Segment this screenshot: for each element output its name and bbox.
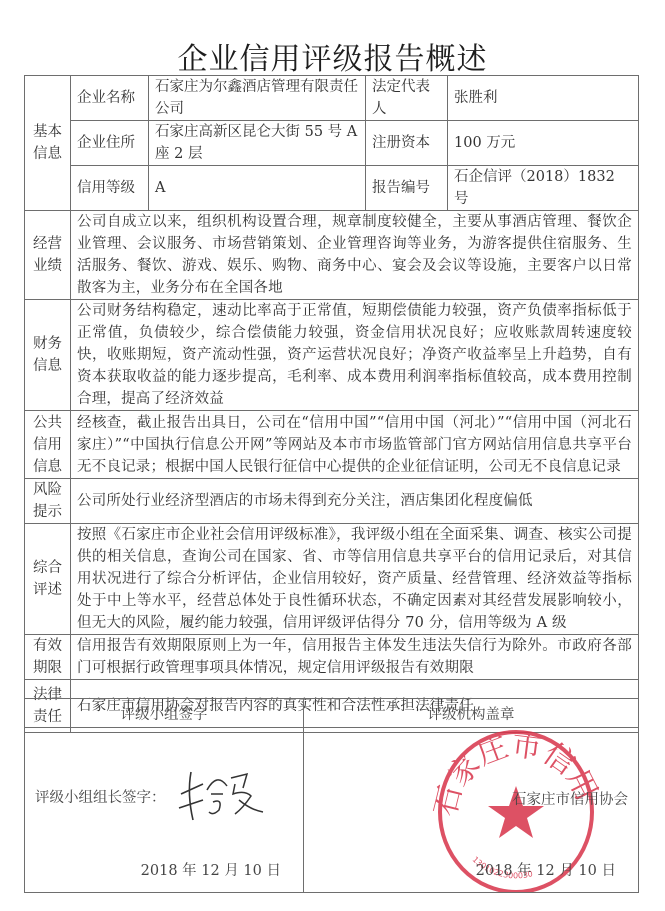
basic-info-label: 基本信息 (25, 76, 71, 211)
agency-seal-date: 2018 年 12 月 10 日 (476, 859, 616, 880)
report-no-label: 报告编号 (366, 166, 448, 211)
reg-capital-value: 100 万元 (448, 121, 639, 166)
team-sign-date: 2018 年 12 月 10 日 (141, 859, 281, 880)
section-text: 经核查，截止报告出具日，公司在“信用中国”“信用中国（河北）”“信用中国（河北石… (71, 411, 639, 479)
section-label: 公共信用信息 (25, 411, 71, 479)
team-signature-cell: 评级小组组长签字： 2018 年 12 月 10 日 (25, 728, 304, 893)
company-name-label: 企业名称 (71, 76, 149, 121)
leader-signature-label: 评级小组组长签字： (35, 786, 166, 807)
address-label: 企业住所 (71, 121, 149, 166)
section-text: 信用报告有效期限原则上为一年，信用报告主体发生违法失信行为除外。市政府各部门可根… (71, 635, 639, 680)
section-text: 按照《石家庄市企业社会信用评级标准》，我评级小组在全面采集、调查、核实公司提供的… (71, 524, 639, 635)
signature-table: 评级小组签字 评级机构盖章 评级小组组长签字： 2018 年 12 月 10 日… (24, 698, 639, 893)
row-credit-grade: 信用等级 A 报告编号 石企信评（2018）1832 号 (25, 166, 639, 211)
section-label: 经营业绩 (25, 211, 71, 300)
address-value: 石家庄高新区昆仑大街 55 号 A 座 2 层 (149, 121, 366, 166)
row-company-name: 基本信息 企业名称 石家庄为尔鑫酒店管理有限责任公司 法定代表人 张胜利 (25, 76, 639, 121)
report-table: 基本信息 企业名称 石家庄为尔鑫酒店管理有限责任公司 法定代表人 张胜利 企业住… (24, 75, 639, 733)
team-signature-header: 评级小组签字 (25, 699, 304, 728)
reg-capital-label: 注册资本 (366, 121, 448, 166)
section-financial-info: 财务信息 公司财务结构稳定，速动比率高于正常值，短期偿债能力较强，资产负债率指标… (25, 300, 639, 411)
report-no-value: 石企信评（2018）1832 号 (448, 166, 639, 211)
section-text: 公司财务结构稳定，速动比率高于正常值，短期偿债能力较强，资产负债率指标低于正常值… (71, 300, 639, 411)
section-public-credit-info: 公共信用信息 经核查，截止报告出具日，公司在“信用中国”“信用中国（河北）”“信… (25, 411, 639, 479)
section-business-performance: 经营业绩 公司自成立以来，组织机构设置合理，规章制度较健全，主要从事酒店管理、餐… (25, 211, 639, 300)
credit-grade-label: 信用等级 (71, 166, 149, 211)
section-risk-warning: 风险提示 公司所处行业经济型酒店的市场未得到充分关注，酒店集团化程度偏低 (25, 479, 639, 524)
section-text: 公司自成立以来，组织机构设置合理，规章制度较健全，主要从事酒店管理、餐饮企业管理… (71, 211, 639, 300)
section-text: 公司所处行业经济型酒店的市场未得到充分关注，酒店集团化程度偏低 (71, 479, 639, 524)
agency-seal-cell: 石家庄市信用协会 1301022300030 石家庄市信用协会 2018 年 1… (304, 728, 639, 893)
credit-grade-value: A (149, 166, 366, 211)
section-overall-review: 综合评述 按照《石家庄市企业社会信用评级标准》，我评级小组在全面采集、调查、核实… (25, 524, 639, 635)
section-label: 财务信息 (25, 300, 71, 411)
legal-rep-label: 法定代表人 (366, 76, 448, 121)
section-label: 有效期限 (25, 635, 71, 680)
section-validity-period: 有效期限 信用报告有效期限原则上为一年，信用报告主体发生违法失信行为除外。市政府… (25, 635, 639, 680)
company-name-value: 石家庄为尔鑫酒店管理有限责任公司 (149, 76, 366, 121)
section-label: 综合评述 (25, 524, 71, 635)
section-label: 风险提示 (25, 479, 71, 524)
page-title: 企业信用评级报告概述 (0, 34, 665, 78)
legal-rep-value: 张胜利 (448, 76, 639, 121)
handwritten-signature-icon (173, 764, 273, 824)
agency-name: 石家庄市信用协会 (512, 788, 628, 809)
row-address: 企业住所 石家庄高新区昆仑大街 55 号 A 座 2 层 注册资本 100 万元 (25, 121, 639, 166)
